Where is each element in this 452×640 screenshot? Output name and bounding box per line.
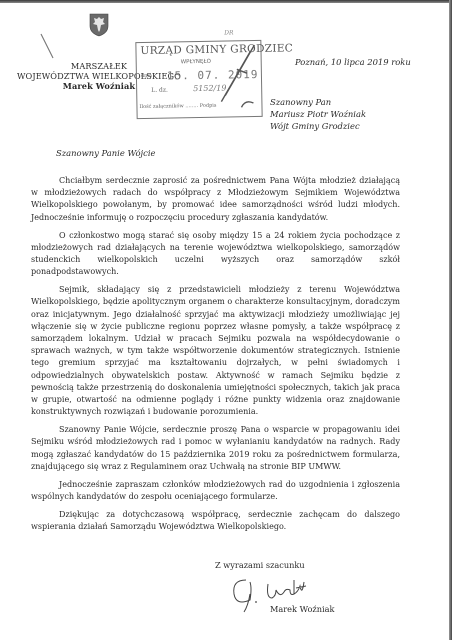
stamp-enclosures: Ilość załączników ........ Podpis — [139, 103, 216, 110]
recipient-block: Szanowny Pan Mariusz Piotr Woźniak Wójt … — [270, 96, 366, 132]
recipient-title: Wójt Gminy Grodziec — [270, 120, 366, 132]
pen-mark — [40, 33, 54, 59]
stamp-handwritten-mark — [216, 43, 257, 110]
paragraph-4: Szanowny Panie Wójcie, serdecznie proszę… — [31, 424, 400, 473]
signer-name: Marek Woźniak — [270, 604, 334, 614]
paragraph-1: Chciałbym serdecznie zaprosić za pośredn… — [31, 175, 400, 224]
scan-top-edge — [0, 0, 452, 3]
letter-body: Chciałbym serdecznie zaprosić za pośredn… — [31, 175, 400, 539]
stamp-dnia-label: dnia — [141, 73, 152, 79]
paragraph-6: Dziękując za dotychczasową współpracę, s… — [31, 509, 400, 533]
stamp-annotation: DR — [224, 29, 233, 36]
closing: Z wyrazami szacunku — [215, 560, 305, 570]
paragraph-3: Sejmik, składający się z przedstawicieli… — [31, 284, 400, 418]
salutation: Szanowny Panie Wójcie — [56, 148, 155, 158]
stamp-number-label: L. dz. — [151, 87, 168, 94]
paragraph-5: Jednocześnie zapraszam członków młodzież… — [31, 479, 400, 503]
letter-date: Poznań, 10 lipca 2019 roku — [295, 57, 411, 67]
paragraph-2: O członkostwo mogą starać się osoby międ… — [31, 230, 400, 279]
recipient-line1: Szanowny Pan — [270, 96, 366, 108]
stamp-received-label: WPŁYNĘŁO — [181, 59, 211, 66]
received-stamp: DR URZĄD GMINY GRODZIEC WPŁYNĘŁO dnia 15… — [135, 40, 262, 119]
recipient-name: Mariusz Piotr Woźniak — [270, 108, 366, 120]
eagle-coat-of-arms-icon — [89, 13, 109, 37]
